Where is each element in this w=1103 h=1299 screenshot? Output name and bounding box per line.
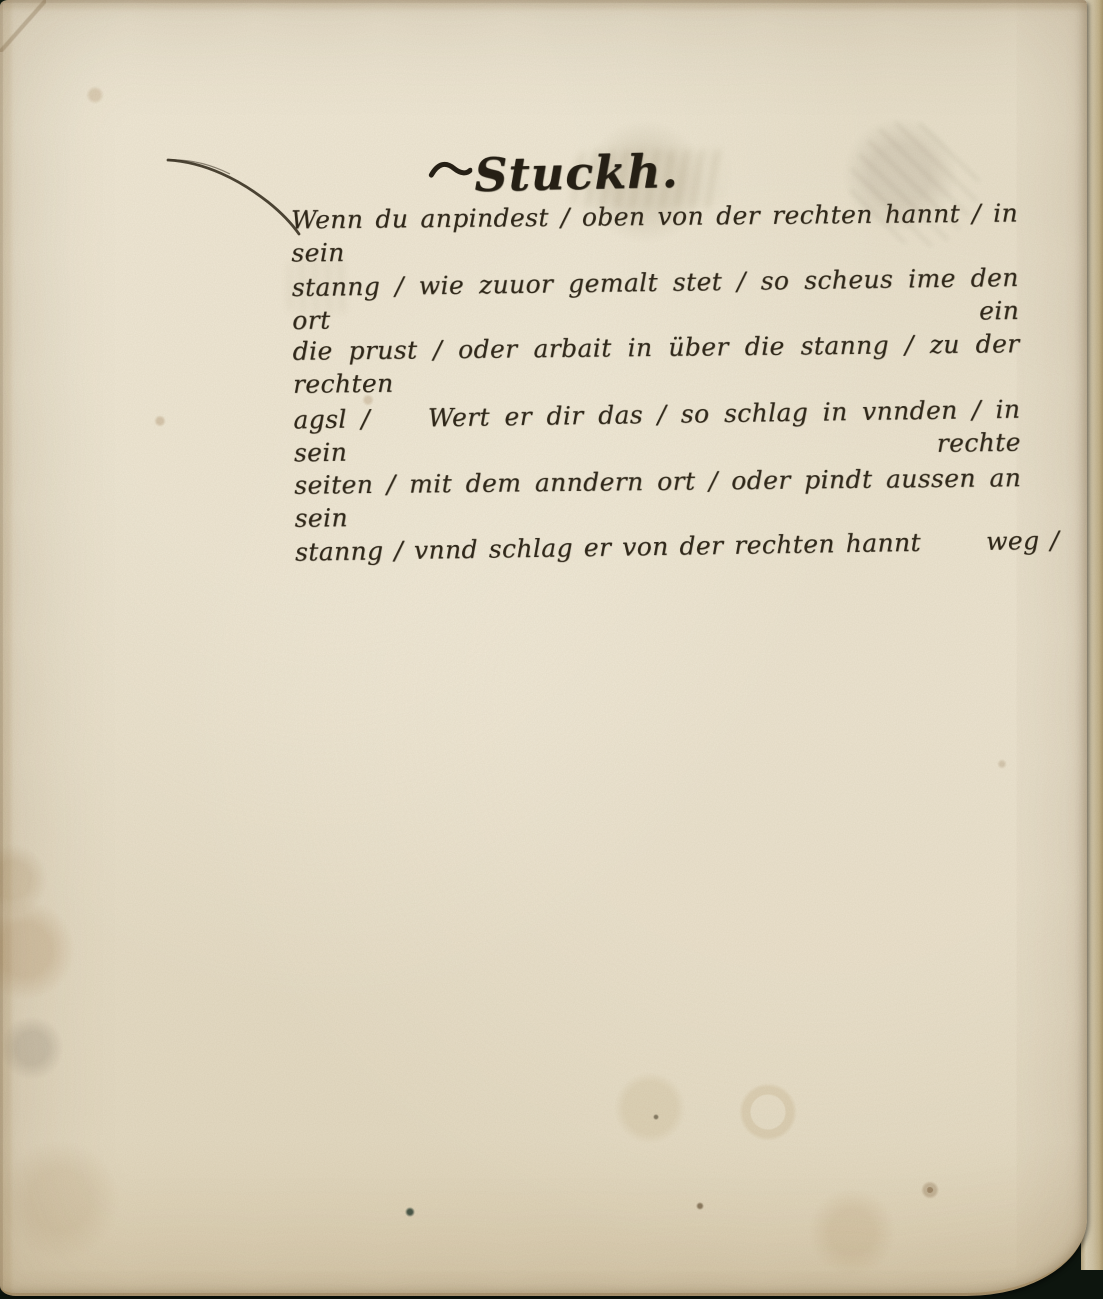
manuscript-page: Stuckh. Wenn du anpindest / oben von der… <box>0 0 1087 1296</box>
section-heading-text: Stuckh. <box>474 144 679 202</box>
manuscript-text-block: Wenn du anpindest / oben von der rechten… <box>291 196 1022 568</box>
manuscript-line: stanng / wie zuuor gemalt stet / so sche… <box>292 261 1020 337</box>
section-heading: Stuckh. <box>427 113 729 203</box>
manuscript-line: seiten / mit dem anndern ort / oder pind… <box>294 461 1022 535</box>
manuscript-line: die prust / oder arbait in über die stan… <box>292 327 1020 401</box>
manuscript-scan: Stuckh. Wenn du anpindest / oben von der… <box>0 0 1103 1299</box>
heading-swash-icon <box>428 152 473 187</box>
manuscript-line: agsl / Wert er dir das / so schlag in vn… <box>293 393 1021 470</box>
manuscript-line: Wenn du anpindest / oben von der rechten… <box>291 197 1019 270</box>
